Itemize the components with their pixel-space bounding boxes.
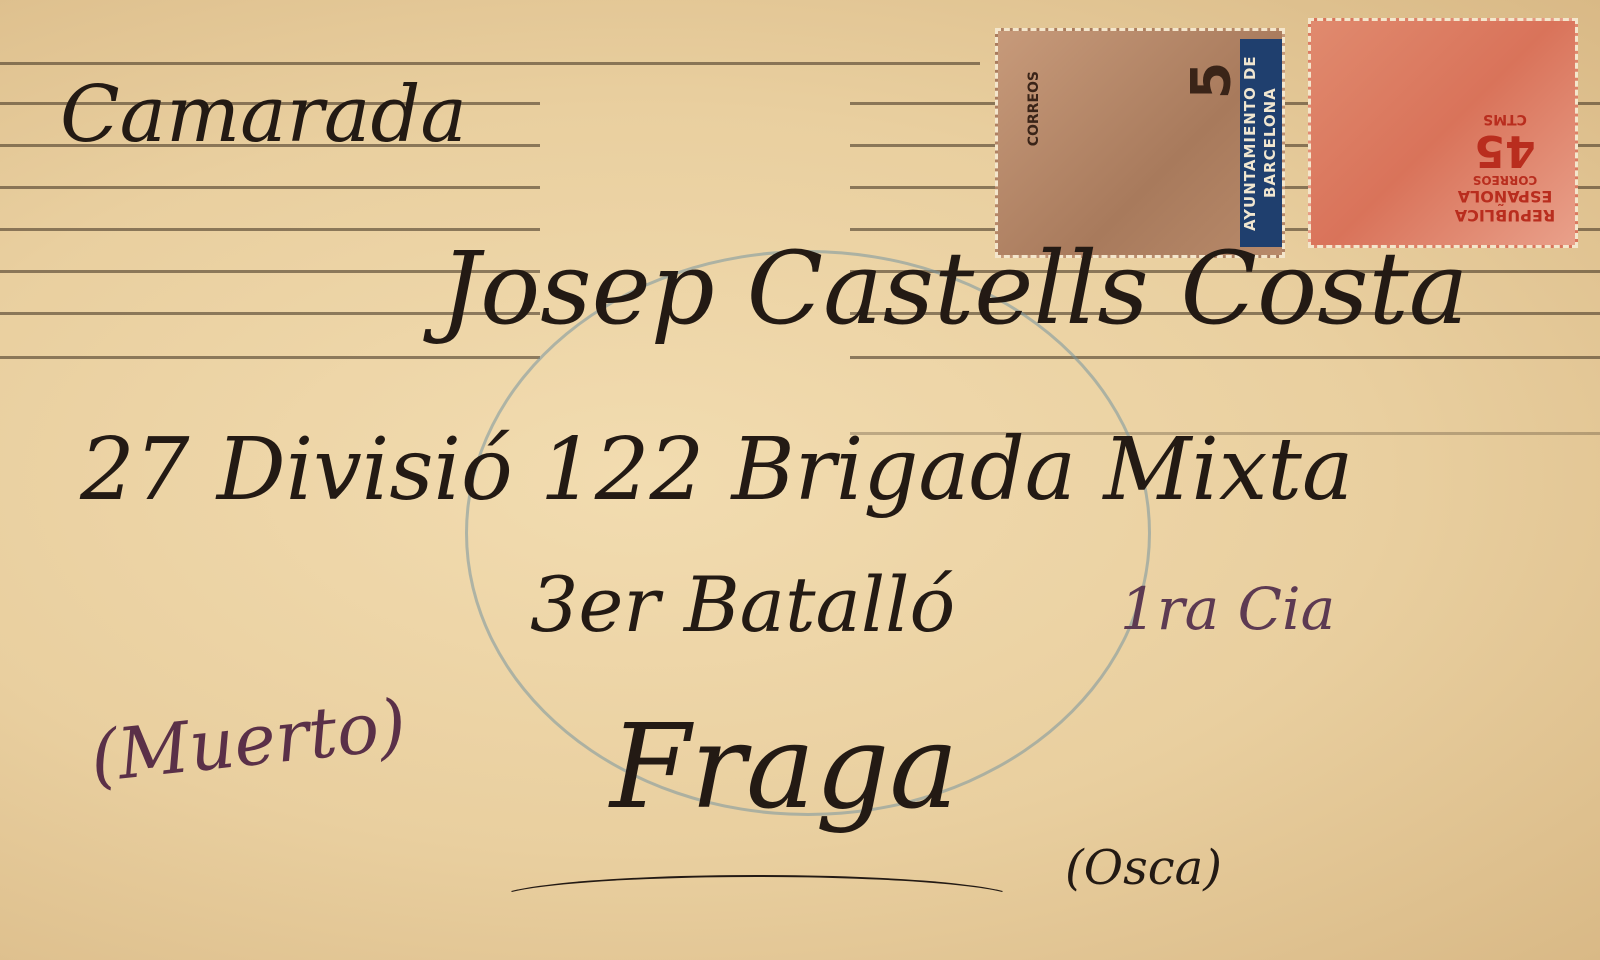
address-line-2: 3er Batalló — [530, 560, 955, 649]
side-note: (Muerto) — [87, 684, 410, 799]
address-line-1: 27 Divisió 122 Brigada Mixta — [80, 420, 1353, 520]
salutation: Camarada — [60, 70, 467, 160]
stamp-inverted-text: REPUBLICA ESPAÑOLA CORREOS 45 CTMS — [1445, 31, 1565, 235]
company-note: 1ra Cia — [1120, 575, 1335, 643]
province: (Osca) — [1065, 840, 1222, 896]
recipient-name: Josep Castells Costa — [440, 230, 1468, 347]
stamp-correos-label: CORREOS — [1026, 71, 1042, 146]
stamp-value: 5 — [1180, 62, 1243, 100]
envelope: CORREOS 5 AYUNTAMIENTO DE BARCELONA REPU… — [0, 0, 1600, 960]
stamp-value: 45 — [1445, 127, 1565, 173]
stamp-barcelona: CORREOS 5 AYUNTAMIENTO DE BARCELONA — [995, 28, 1285, 258]
city: Fraga — [610, 700, 959, 835]
stamp-republica: REPUBLICA ESPAÑOLA CORREOS 45 CTMS — [1308, 18, 1578, 248]
stamp-band-text: AYUNTAMIENTO DE BARCELONA — [1240, 39, 1282, 247]
underline-flourish — [495, 875, 1019, 924]
